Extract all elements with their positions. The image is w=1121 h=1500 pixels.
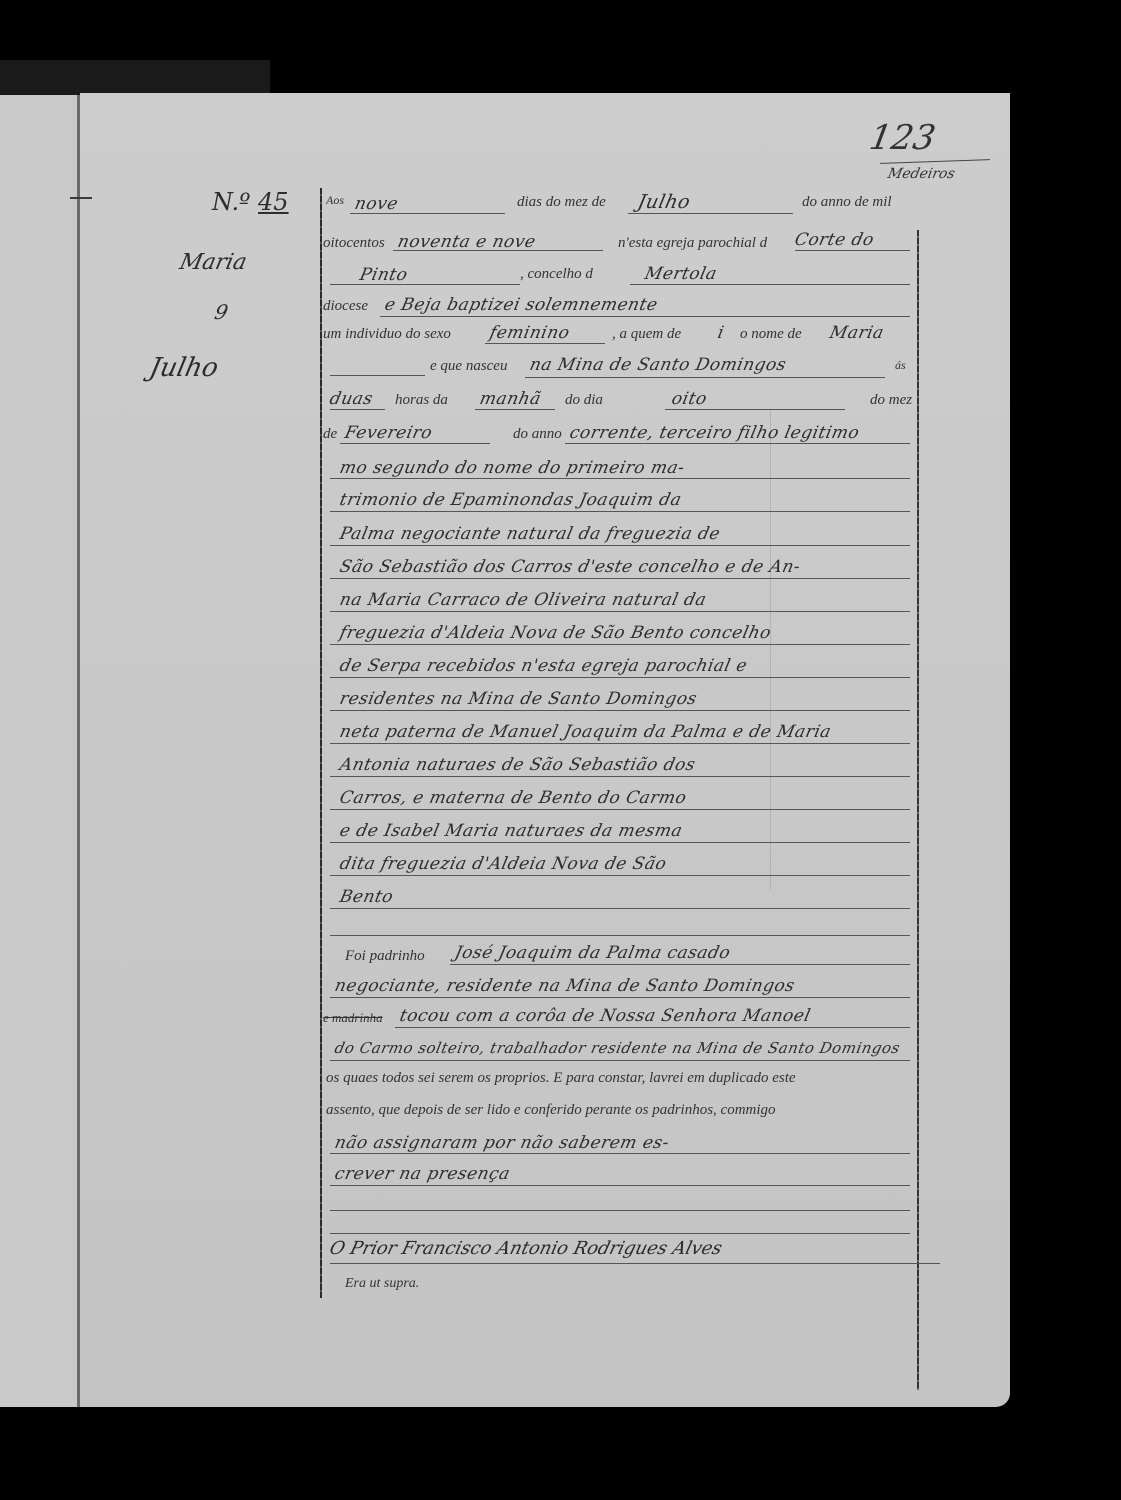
book-spine [77, 95, 80, 1407]
folio-number: 123 [866, 118, 938, 158]
rule [628, 213, 793, 214]
rule [330, 908, 910, 909]
rule [630, 284, 910, 285]
closing-line-2: assento, que depois de ser lido e confer… [326, 1102, 776, 1119]
rule [330, 710, 910, 711]
body-line: residentes na Mina de Santo Domingos [338, 689, 699, 709]
body-line: trimonio de Epaminondas Joaquim da [338, 490, 684, 510]
rule [330, 875, 910, 876]
body-line: na Maria Carraco de Oliveira natural da [338, 590, 708, 610]
rule [330, 644, 910, 645]
field-period: manhã [478, 389, 543, 409]
body-line: e de Isabel Maria naturaes da mesma [338, 821, 684, 841]
field-birth-day: oito [670, 389, 709, 409]
rule [393, 250, 603, 251]
label-de: de [323, 426, 337, 443]
label-madrinha: e madrinha [323, 1010, 383, 1026]
body-line: neta paterna de Manuel Joaquim da Palma … [338, 722, 833, 742]
rule [330, 578, 910, 579]
body-line: Antonia naturaes de São Sebastião dos [338, 755, 697, 775]
field-godmother-1: tocou com a corôa de Nossa Senhora Manoe… [398, 1006, 813, 1026]
field-day: nove [353, 194, 400, 214]
field-diocese: e Beja baptizei solemnemente [383, 295, 660, 315]
faint-column-rule [770, 410, 771, 890]
label-diocese: diocese [323, 298, 368, 315]
field-parish-2: Pinto [358, 265, 410, 285]
rule [330, 1233, 910, 1234]
rule [450, 964, 910, 965]
rule [330, 842, 910, 843]
rule [330, 997, 910, 998]
field-birth-month: Fevereiro [343, 423, 434, 443]
rule [330, 375, 425, 376]
body-line: Palma negociante natural da freguezia de [338, 524, 722, 544]
rule [665, 409, 845, 410]
label-aos: Aos [326, 193, 344, 208]
body-line: de Serpa recebidos n'esta egreja parochi… [338, 656, 749, 676]
field-hour: duas [328, 389, 375, 409]
label-do-dia: do dia [565, 392, 603, 409]
rule [330, 1060, 910, 1061]
rule [525, 377, 885, 378]
left-page-edge [0, 95, 80, 1407]
label-do-mez: do mez [870, 392, 912, 409]
field-parish-1: Corte do [793, 230, 876, 250]
label-nasceu: e que nasceu [430, 358, 507, 375]
rule [330, 284, 520, 285]
label-o-nome: o nome de [740, 326, 802, 343]
rule [330, 1263, 940, 1264]
rule [330, 677, 910, 678]
field-month: Julho [636, 191, 693, 213]
spine-mark [70, 197, 92, 199]
rule [330, 545, 910, 546]
label-dias-do-mez: dias do mez de [517, 194, 606, 211]
rule [330, 935, 910, 936]
body-line: dita freguezia d'Aldeia Nova de São [338, 854, 669, 874]
scan-shadow [0, 60, 270, 95]
margin-name: Maria [177, 250, 249, 275]
label-oitocentos: oitocentos [323, 235, 385, 252]
rule [330, 511, 910, 512]
body-line: freguezia d'Aldeia Nova de São Bento con… [338, 623, 773, 643]
field-birth-year: corrente, terceiro filho legitimo [568, 423, 861, 443]
body-line: São Sebastião dos Carros d'este concelho… [338, 557, 802, 577]
label-concelho: , concelho d [520, 266, 593, 283]
closing-line-1: os quaes todos sei serem os proprios. E … [326, 1070, 796, 1087]
rule [340, 443, 490, 444]
body-line: mo segundo do nome do primeiro ma- [338, 458, 687, 478]
rule [330, 743, 910, 744]
rule [330, 776, 910, 777]
rule [795, 250, 910, 251]
folio-annotation: Medeiros [886, 166, 956, 182]
rule [395, 1027, 910, 1028]
field-godfather-2: negociante, residente na Mina de Santo D… [333, 976, 797, 996]
rule [330, 1185, 910, 1186]
field-name: Maria [828, 323, 886, 343]
body-line: Bento [338, 887, 395, 907]
field-godmother-2: do Carmo solteiro, trabalhador residente… [333, 1039, 902, 1057]
closing-hand-2: crever na presença [333, 1164, 512, 1184]
body-line: Carros, e materna de Bento do Carmo [338, 788, 689, 808]
rule [330, 809, 910, 810]
rule [330, 1210, 910, 1211]
closing-hand-1: não assignaram por não saberem es- [333, 1133, 671, 1153]
rule [350, 213, 505, 214]
label-horas: horas da [395, 392, 448, 409]
priest-signature: O Prior Francisco Antonio Rodrigues Alve… [327, 1238, 724, 1259]
label-padrinho: Foi padrinho [345, 948, 425, 965]
label-do-anno: do anno de mil [802, 194, 892, 211]
label-sexo: um individuo do sexo [323, 326, 451, 343]
label-as: ás [895, 358, 906, 373]
era-ut-supra: Era ut supra. [345, 1276, 419, 1292]
field-sex: feminino [488, 323, 572, 343]
rule [330, 1153, 910, 1154]
rule [485, 343, 605, 344]
rule [330, 611, 910, 612]
frame-left-rule [320, 188, 322, 1298]
frame-right-rule [917, 230, 919, 1390]
entry-number: N.º 45 [212, 188, 289, 216]
rule [475, 409, 555, 410]
label-do-anno-2: do anno [513, 426, 562, 443]
rule [330, 478, 910, 479]
rule [380, 316, 910, 317]
entry-number-label: N.º [212, 188, 250, 216]
margin-month: Julho [147, 353, 221, 383]
field-birthplace: na Mina de Santo Domingos [528, 355, 788, 375]
label-nesta-egreja: n'esta egreja parochial d [618, 235, 767, 252]
entry-number-value: 45 [258, 188, 289, 216]
field-concelho: Mertola [643, 264, 719, 284]
rule [330, 409, 385, 410]
rule [565, 443, 910, 444]
label-a-quem: , a quem de [612, 326, 681, 343]
field-year: noventa e nove [396, 232, 538, 252]
field-godfather-1: José Joaquim da Palma casado [453, 943, 732, 963]
